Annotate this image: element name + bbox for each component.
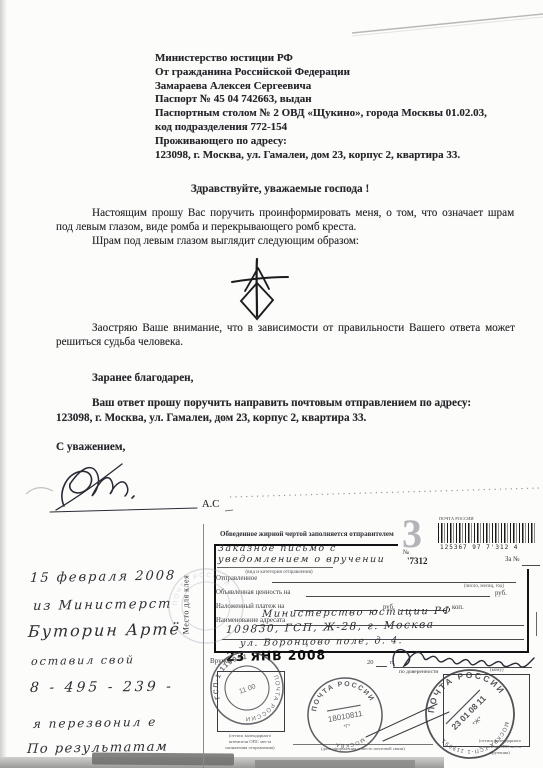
- za-no-label: За №: [505, 556, 520, 563]
- letter-reply-line: 123098, г. Москва, ул. Гамалеи, дом 23, …: [56, 412, 366, 424]
- rub-label: руб.: [495, 590, 507, 597]
- scar-symbol-drawing: [232, 259, 288, 319]
- letter-paragraph-line: под левым глазом, виде ромба и перекрыва…: [56, 221, 356, 233]
- note-line: 15 февраля 2008: [30, 568, 177, 586]
- svg-text:18010811: 18010811: [327, 709, 364, 724]
- scan-left-edge: [0, 0, 7, 768]
- sender-signature: [50, 464, 197, 512]
- letter-header-line: Паспортным столом № 2 ОВД «Щукино», горо…: [155, 107, 487, 119]
- field-line: [306, 596, 490, 597]
- entry-type-handwriting: уведомлением о вручении: [218, 554, 386, 565]
- right-edge-tick: [536, 612, 537, 636]
- note-line: из Министерст: [33, 597, 173, 614]
- letter-greeting: Здравствуйте, уважаемые господа !: [150, 183, 410, 195]
- year-prefix: 20: [367, 659, 374, 666]
- postmark-middle: ПОЧТА РОССИИ 18010811 *Г* МОСКВА: [302, 672, 388, 758]
- glue-area-label: Место для клея: [182, 550, 191, 660]
- field-line: [376, 666, 387, 667]
- pen-strike-marks: [366, 704, 449, 741]
- destination-stamp-caption: штемпеля ОПС места: [204, 739, 296, 744]
- form-left-edge: [203, 524, 204, 768]
- letter-header-line: Проживающего по адресу:: [155, 135, 287, 147]
- delivery-date-stamp: 23 ЯНВ 2008: [226, 648, 326, 665]
- middle-caption-line: [293, 744, 433, 745]
- to-whom-caption: (кому): [490, 668, 504, 673]
- letter-header-line: От гражданина Российской Федерации: [155, 66, 350, 78]
- destination-stamp-caption: (оттиск календарного: [204, 733, 296, 738]
- scan-bottom-smudge: [255, 760, 415, 768]
- letter-paragraph-line: Шрам под левым глазом выглядит следующим…: [92, 235, 359, 247]
- barcode-digits: 125367 97 7'312 4: [440, 544, 518, 551]
- form-no-value: '7312: [407, 556, 428, 566]
- letter-header-line: Паспорт № 45 04 742663, выдан: [155, 93, 312, 105]
- paper-crease: [352, 14, 543, 36]
- barcode-brand-label: ПОЧТА РОССИИ: [439, 516, 474, 521]
- delivery-stamp-caption: вручения): [460, 750, 540, 755]
- delivery-stamp-caption: (оттиск календарного: [460, 738, 540, 743]
- barcode: [438, 523, 537, 543]
- pencil-caret-mark: [26, 488, 53, 494]
- year-suffix: г.: [390, 659, 394, 666]
- field-line: [393, 667, 532, 668]
- letter-paragraph-line: решиться судьба человека.: [56, 336, 183, 348]
- letter-thanks: Заранее благодарен,: [92, 372, 193, 384]
- letter-reply-line: Ваш ответ прошу поручить направить почто…: [92, 397, 471, 409]
- by-proxy-label: по доверенности: [399, 669, 438, 675]
- field-line: [272, 582, 516, 583]
- letter-closing: С уважением,: [56, 441, 125, 453]
- letter-initials: А.С: [202, 499, 219, 510]
- middle-caption: (дата оформления и место почтовой связи): [288, 746, 438, 751]
- note-line: оставил свой: [31, 653, 136, 668]
- note-line: Буторин Артё: [28, 619, 182, 641]
- dotted-rule: [225, 488, 540, 511]
- letter-header-line: 123098, г. Москва, ул. Гамалеи, дом 23, …: [155, 149, 460, 161]
- letter-paragraph-line: Настоящим прошу Вас поручить проинформир…: [92, 207, 514, 219]
- note-line: 8 - 495 - 239 -: [30, 679, 175, 696]
- entry-type-handwriting: Заказное письмо с: [218, 543, 337, 554]
- kop-label: коп.: [452, 604, 464, 611]
- barcode-block: 3 ПОЧТА РОССИИ 125367 97 7'312 4 № '7312: [398, 512, 543, 569]
- letter-header-line: код подразделения 772-154: [155, 121, 287, 133]
- destination-stamp-caption: назначения отправления): [204, 745, 296, 750]
- delivery-stamp-box: [443, 674, 530, 747]
- letter-header-line: Замараева Алексея Сергеевича: [155, 80, 311, 92]
- letter-header-line: Министерство юстиции РФ: [155, 52, 293, 64]
- scan-bottom-smudge: [92, 753, 234, 766]
- field-line: [522, 565, 540, 566]
- destination-stamp-box: [217, 671, 285, 732]
- form-instruction: Обведенное жирной чертой заполняется отп…: [220, 530, 394, 538]
- note-line: я перезвонил е: [33, 715, 158, 731]
- letter-paragraph-line: Заостряю Ваше внимание, что в зависимост…: [92, 322, 515, 334]
- declared-value-label: Объявленная ценность на: [216, 589, 290, 596]
- sent-label: Отправленное: [216, 575, 257, 582]
- barcode-big-number: 3: [402, 514, 422, 554]
- field-line: [217, 567, 333, 568]
- svg-text:ПОЧТА РОССИИ: ПОЧТА РОССИИ: [307, 676, 376, 714]
- date-caption: (число, месяц, год): [448, 584, 520, 589]
- form-no-label: №: [403, 549, 409, 556]
- scanned-letter-page: Министерство юстиции РФ От гражданина Ро…: [0, 0, 543, 768]
- svg-text:*Г*: *Г*: [343, 723, 351, 730]
- delivery-stamp-caption: штемпеля ОПС места: [460, 744, 540, 749]
